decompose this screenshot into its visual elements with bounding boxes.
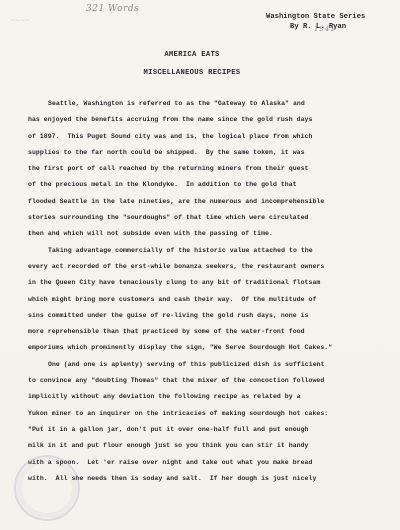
text-line: of the precious metal in the Klondyke. I…: [28, 177, 373, 193]
series-name: Washington State Series: [266, 12, 365, 22]
text-line: Taking advantage commercially of the his…: [28, 243, 373, 259]
handwritten-year: 1941: [314, 25, 336, 33]
text-line: in the Queen City have tenaciously clung…: [28, 275, 373, 291]
text-line: more reprehensible than that practiced b…: [28, 324, 373, 340]
text-line: with a spoon. Let 'er raise over night a…: [28, 455, 373, 471]
text-line: implicitly without any deviation the fol…: [28, 389, 373, 405]
text-line: stories surrounding the "sourdoughs" of …: [28, 210, 373, 226]
text-line: to convince any "doubting Thomas" that t…: [28, 373, 373, 389]
document-title: AMERICA EATS: [0, 51, 392, 59]
text-line: flooded Seattle in the late nineties, ar…: [28, 194, 373, 210]
text-line: then and which will not subside even wit…: [28, 226, 373, 242]
handwritten-word-count: 321 Words: [86, 4, 139, 14]
text-line: emporiums which prominently display the …: [28, 340, 373, 356]
text-line: Yukon miner to an inquirer on the intric…: [28, 406, 373, 422]
faint-stamp: [14, 455, 80, 521]
text-line: has enjoyed the benefits accruing from t…: [28, 112, 373, 128]
text-line: every act recorded of the erst-while bon…: [28, 259, 373, 275]
text-line: Seattle, Washington is referred to as th…: [28, 96, 373, 112]
document-subtitle: MISCELLANEOUS RECIPES: [0, 69, 392, 77]
text-line: the first port of call reached by the re…: [28, 161, 373, 177]
text-line: supplies to the far north could be shipp…: [28, 145, 373, 161]
document-page: 321 Words ~~~~ Washington State Series B…: [0, 0, 400, 530]
text-line: One (and one is aplenty) serving of this…: [28, 357, 373, 373]
text-line: which might bring more customers and cas…: [28, 292, 373, 308]
text-line: of 1897. This Puget Sound city was and i…: [28, 129, 373, 145]
handwritten-faint-mark: ~~~~: [10, 17, 30, 24]
text-line: sins committed under the guise of re-liv…: [28, 308, 373, 324]
text-line: "Put it in a gallon jar, don't put it ov…: [28, 422, 373, 438]
body-text: Seattle, Washington is referred to as th…: [28, 96, 373, 487]
text-line: milk in it and put flour enough just so …: [28, 438, 373, 454]
